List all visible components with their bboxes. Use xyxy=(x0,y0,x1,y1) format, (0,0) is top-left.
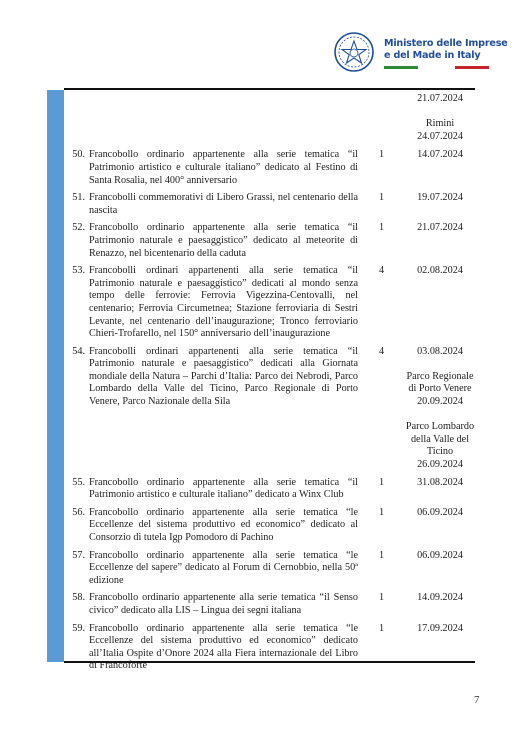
item-description: Francobollo ordinario appartenente alla … xyxy=(89,149,358,187)
italian-republic-emblem-icon xyxy=(332,30,376,74)
item-quantity: 1 xyxy=(358,477,405,502)
item-description: Francobollo ordinario appartenente alla … xyxy=(89,592,358,617)
item-quantity: 1 xyxy=(358,149,405,187)
item-quantity: 4 xyxy=(358,265,405,341)
table-row: 59.Francobollo ordinario appartenente al… xyxy=(64,623,475,678)
item-quantity: 1 xyxy=(358,507,405,545)
table-side-band xyxy=(47,90,64,662)
issue-dates: 21.07.2024 xyxy=(405,222,475,260)
issue-dates: 03.08.2024Parco Regionale di Porto Vener… xyxy=(405,346,475,472)
table-row: 52.Francobollo ordinario appartenente al… xyxy=(64,222,475,265)
issue-dates: 02.08.2024 xyxy=(405,265,475,341)
ministry-logo: Ministero delle Imprese e del Made in It… xyxy=(332,30,492,76)
item-description: Francobolli ordinari appartenenti alla s… xyxy=(89,265,358,341)
issue-dates: 31.08.2024 xyxy=(405,477,475,502)
table-row: 56.Francobollo ordinario appartenente al… xyxy=(64,507,475,550)
item-number: 56. xyxy=(64,507,89,545)
item-quantity: 1 xyxy=(358,623,405,673)
item-quantity: 1 xyxy=(358,592,405,617)
table-row: 58.Francobollo ordinario appartenente al… xyxy=(64,592,475,622)
item-number: 59. xyxy=(64,623,89,673)
item-description: Francobollo ordinario appartenente alla … xyxy=(89,550,358,588)
stamp-issues-table: 21.07.2024 Rimini 24.07.2024 50.Francobo… xyxy=(64,90,475,678)
issue-dates: 06.09.2024 xyxy=(405,507,475,545)
ministry-name: Ministero delle Imprese e del Made in It… xyxy=(384,38,508,61)
issue-dates: 21.07.2024 Rimini 24.07.2024 xyxy=(405,93,475,143)
table-row: 54.Francobolli ordinari appartenenti all… xyxy=(64,346,475,477)
item-number: 57. xyxy=(64,550,89,588)
item-description: Francobollo ordinario appartenente alla … xyxy=(89,222,358,260)
table-bottom-rule xyxy=(64,661,475,663)
continuation-row: 21.07.2024 Rimini 24.07.2024 xyxy=(64,90,475,149)
item-number: 51. xyxy=(64,192,89,217)
table-row: 53.Francobolli ordinari appartenenti all… xyxy=(64,265,475,346)
item-description: Francobollo ordinario appartenente alla … xyxy=(89,623,358,673)
table-row: 57.Francobollo ordinario appartenente al… xyxy=(64,550,475,593)
flag-red-bar xyxy=(455,66,489,69)
item-quantity: 4 xyxy=(358,346,405,472)
item-description: Francobolli ordinari appartenenti alla s… xyxy=(89,346,358,472)
item-quantity: 1 xyxy=(358,192,405,217)
issue-dates: 14.09.2024 xyxy=(405,592,475,617)
item-number: 58. xyxy=(64,592,89,617)
item-description: Francobollo ordinario appartenente alla … xyxy=(89,507,358,545)
table-row: 50.Francobollo ordinario appartenente al… xyxy=(64,149,475,192)
item-number: 53. xyxy=(64,265,89,341)
issue-dates: 19.07.2024 xyxy=(405,192,475,217)
page-number: 7 xyxy=(474,694,480,706)
item-number: 55. xyxy=(64,477,89,502)
table-row: 51.Francobolli commemorativi di Libero G… xyxy=(64,192,475,222)
item-number: 52. xyxy=(64,222,89,260)
item-number: 50. xyxy=(64,149,89,187)
item-description: Francobollo ordinario appartenente alla … xyxy=(89,477,358,502)
item-description: Francobolli commemorativi di Libero Gras… xyxy=(89,192,358,217)
flag-green-bar xyxy=(384,66,418,69)
issue-dates: 17.09.2024 xyxy=(405,623,475,673)
item-quantity: 1 xyxy=(358,550,405,588)
item-number: 54. xyxy=(64,346,89,472)
item-quantity: 1 xyxy=(358,222,405,260)
issue-dates: 14.07.2024 xyxy=(405,149,475,187)
issue-dates: 06.09.2024 xyxy=(405,550,475,588)
table-row: 55.Francobollo ordinario appartenente al… xyxy=(64,477,475,507)
